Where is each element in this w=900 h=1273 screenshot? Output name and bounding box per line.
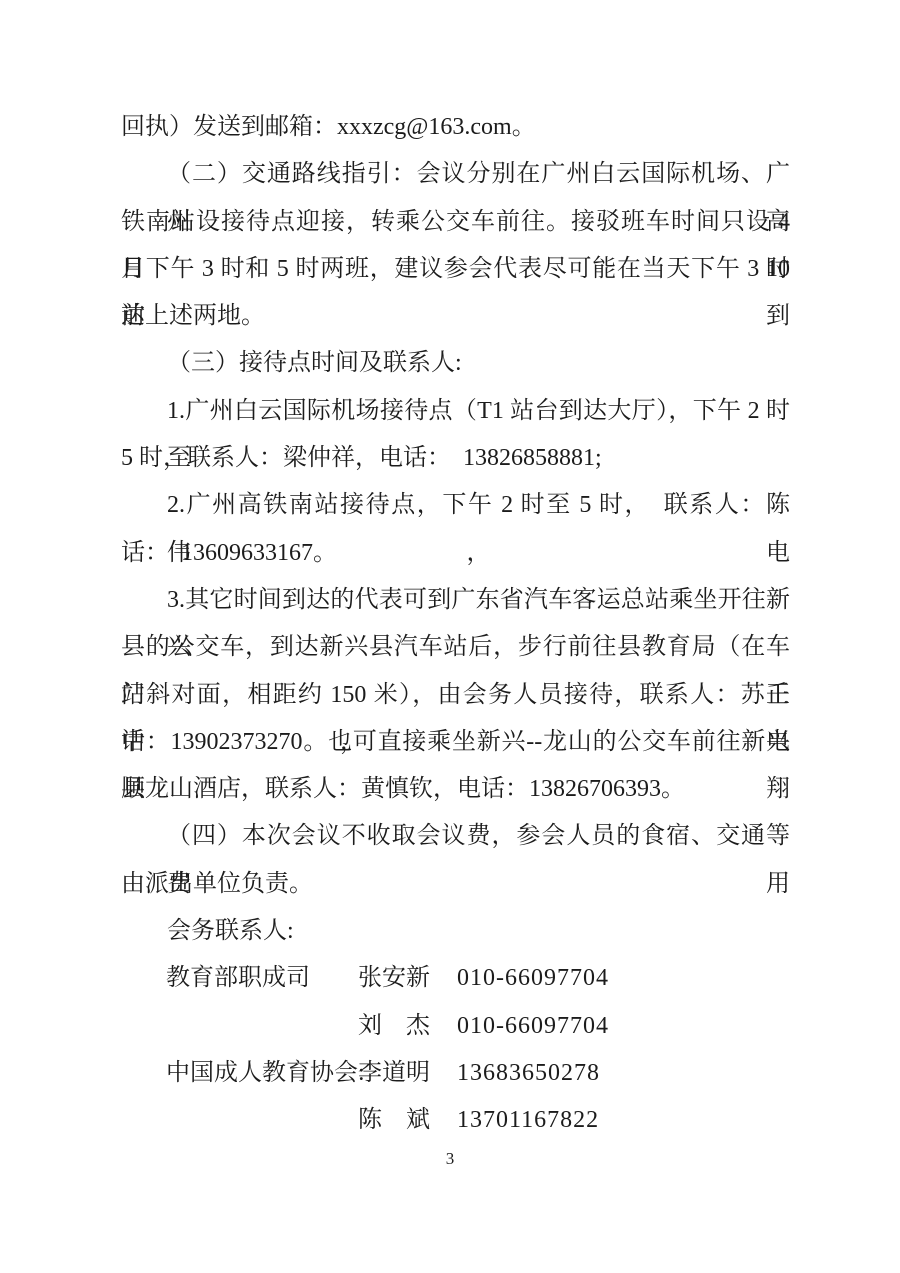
contact-name: 李道明 xyxy=(358,1050,430,1097)
contact-name: 陈 斌 xyxy=(358,1097,430,1144)
doc-line: 门斜对面，相距约 150 米），由会务人员接待，联系人：苏壬中， 电 xyxy=(121,672,790,719)
doc-line: （二）交通路线指引：会议分别在广州白云国际机场、广州高 xyxy=(121,151,790,198)
contact-row: 陈 斌 13701167822 xyxy=(121,1097,790,1144)
doc-line: 县的公交车，到达新兴县汽车站后，步行前往县教育局（在车站正 xyxy=(121,624,790,671)
contact-phone: 13683650278 xyxy=(457,1050,600,1097)
doc-line: 3.其它时间到达的代表可到广东省汽车客运总站乘坐开往新兴 xyxy=(121,577,790,624)
doc-line: 回执）发送到邮箱：xxxzcg@163.com。 xyxy=(121,104,790,151)
contact-row: 刘 杰 010-66097704 xyxy=(121,1003,790,1050)
doc-line: 会务联系人: xyxy=(121,908,790,955)
doc-line: （四）本次会议不收取会议费，参会人员的食宿、交通等费用 xyxy=(121,813,790,860)
doc-line: 日下午 3 时和 5 时两班，建议参会代表尽可能在当天下午 3 时前到 xyxy=(121,246,790,293)
contact-org: 中国成人教育协会: xyxy=(166,1050,365,1097)
contact-name: 刘 杰 xyxy=(358,1003,430,1050)
contact-phone: 010-66097704 xyxy=(457,955,609,1002)
contact-org: 教育部职成司 xyxy=(166,955,310,1002)
doc-line: 5 时，联系人：梁仲祥，电话： 13826858881; xyxy=(121,435,790,482)
document-page: 回执）发送到邮箱：xxxzcg@163.com。 （二）交通路线指引：会议分别在… xyxy=(0,0,900,1273)
text-block: 回执）发送到邮箱：xxxzcg@163.com。 （二）交通路线指引：会议分别在… xyxy=(121,104,790,1145)
page-number: 3 xyxy=(0,1148,900,1170)
contact-phone: 13701167822 xyxy=(457,1097,599,1144)
contact-row: 中国成人教育协会: 李道明 13683650278 xyxy=(121,1050,790,1097)
doc-line: 话：13902373270。也可直接乘坐新兴--龙山的公交车前往新兴县翔 xyxy=(121,719,790,766)
doc-line: （三）接待点时间及联系人: xyxy=(121,340,790,387)
contact-name: 张安新 xyxy=(358,955,430,1002)
contact-row: 教育部职成司 张安新 010-66097704 xyxy=(121,955,790,1002)
doc-line: 铁南站设接待点迎接，转乘公交车前往。接驳班车时间只设 4 月 10 xyxy=(121,199,790,246)
doc-line: 1.广州白云国际机场接待点（T1 站台到达大厅），下午 2 时至 xyxy=(121,388,790,435)
contact-phone: 010-66097704 xyxy=(457,1003,609,1050)
doc-line: 2.广州高铁南站接待点，下午 2 时至 5 时， 联系人：陈伟，电 xyxy=(121,482,790,529)
